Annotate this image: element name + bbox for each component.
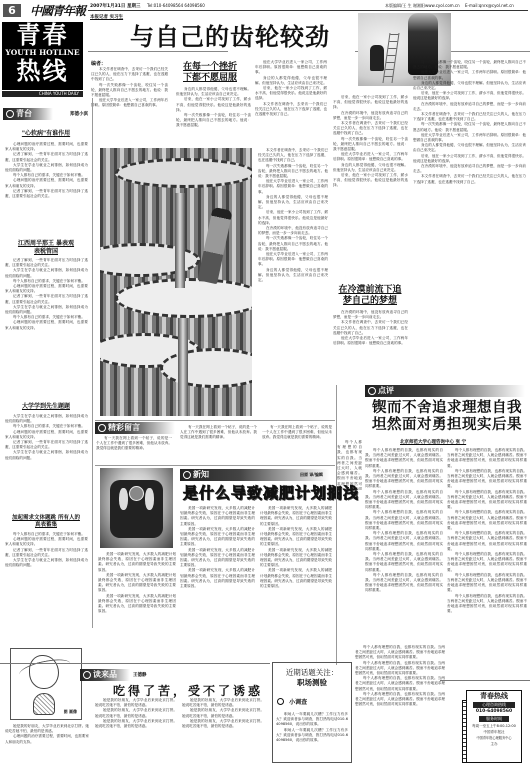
editor-line: 本版编辑/王 生 谢湘阳 — [385, 3, 425, 9]
reader-corner-col-2: 她是我的好朋友，大学毕业后来到北京打拼。她说吃苦她不怕，最怕的是诱惑。她是我的好… — [182, 698, 264, 763]
sidebar-item-title-2: 江西周半那王 暴表观表税管国 — [15, 240, 77, 256]
hotline-ad-box: 青春热线 心理咨询热线 010-64098560 服务时间 每周一至五上午8:0… — [466, 690, 522, 763]
news-icon — [183, 471, 191, 479]
section-tag: CHINA YOUTH DAILY — [39, 91, 79, 96]
sidebar-item-title-4: 加起需求文体题跳 所有人的真表蓄集 — [12, 515, 80, 529]
weird-words-top-rule — [95, 420, 335, 421]
hotline-ad-title: 青春热线 — [467, 691, 521, 701]
sidebar-item-title-3: 大学学到先生题题 — [5, 403, 87, 411]
weird-words-bottom-rule — [95, 465, 335, 466]
paper-logo: 中國青年報 — [30, 2, 85, 19]
weird-words-header: 精彩留言 — [95, 422, 175, 434]
commentary-col-1: 每个人都有理想的自我，也都有现实的自我。当两者之间差距过大时，人就会感到痛苦。锲… — [365, 448, 443, 643]
illustration-credit: 图 画像 — [64, 709, 77, 715]
news-author: 田原 译/编辑 — [300, 472, 323, 478]
commentary-col-0: 每个人都有理想的自我，也都有现实的自我。当两者之间差距过大时，人就会感到痛苦。锲… — [337, 440, 362, 490]
byline: 本报记者 实习生 — [90, 14, 123, 20]
subhead-2: 在冷漠前流下追梦自己的梦想 — [335, 285, 405, 307]
tel-line: Tel:010-64098564 64098560 — [147, 3, 205, 8]
sketch-caption-text: 她是我的好朋友，大学毕业后来到北京打拼。她说吃苦她不怕，最怕的是诱惑。心理问题的… — [5, 724, 89, 762]
lead-col-d: 后来，他在一家小公司找到了工作，薪水不高，但他觉得很快乐。他说这是他最好的选择。… — [333, 95, 408, 283]
lead-col-e: 在冷漠的环境中，他没有放弃追寻自己的梦想，而是一步一步向前走去。本文作者在调查中… — [333, 310, 408, 375]
section-title-top: 青春 — [2, 22, 83, 48]
reader-corner-top-rule — [0, 663, 270, 664]
section-tag-bar: CHINA YOUTH DAILY — [2, 91, 83, 97]
recent-topic-title: 近期话题关注： — [273, 668, 351, 678]
comment-icon — [368, 387, 376, 395]
reader-icon — [83, 671, 91, 679]
gears-illustration — [100, 148, 252, 416]
hotline-side-strip — [462, 700, 467, 763]
lead-col-b: 他在大学毕业后进入一家公司，工作两年后辞职。原因很简单：他想做自己喜欢的事。身边… — [255, 60, 327, 145]
commentary-section-header: 点评 — [365, 385, 525, 397]
hotline-top-rule — [440, 680, 530, 681]
reader-corner-headline: 吃得了苦，受不了诱惑 — [113, 682, 263, 699]
headline-rule — [88, 51, 228, 52]
lead-col-c: 本文作者在调查中，去采访一个我们已经关注已久的人，他在压力下选择了逃避，也在逃避… — [258, 148, 328, 393]
commentary-col-2: 每个人都有理想的自我，也都有现实的自我。当两者之间差距过大时，人就会感到痛苦。锲… — [447, 448, 527, 693]
sidebar-item-text-2: 记者了解到，一些青年在面对压力时选择了逃避，这需要引起社会的关注。大学生在学业与… — [5, 258, 88, 402]
top-rule — [88, 10, 528, 11]
footprint-left-icon — [119, 488, 128, 510]
quote-icon — [98, 424, 106, 432]
sidebar-item-title-1: "心软病"有谁作用 — [5, 130, 87, 138]
weird-words-col-3: 有一天我在网上看到一个帖子，说的是一个人在工作中遇到了很多困难，但他从未放弃。我… — [262, 425, 332, 462]
man-pushing-icon — [197, 207, 232, 285]
lead-col-a: 身边的人都觉得他傻，父母也很不理解。但他坚持认为，生活应该由自己来决定。后来，他… — [176, 87, 251, 145]
weird-words-col-1: 有一天我在网上看到一个帖子，说的是一个人在工作中遇到了很多困难，但他从未放弃。我… — [96, 436, 172, 462]
reader-corner-header: 读来品 — [80, 669, 130, 681]
news-col-1: 美国一项新研究发现，大多数人的减肥计划最终都会失败，原因在于心理因素而非生理因素… — [180, 506, 255, 636]
reader-corner-author: 王德静 — [133, 672, 147, 678]
sidebar-author: 郑德小淇 — [70, 111, 88, 117]
intro-label: 编者： — [91, 60, 106, 67]
scale-photo — [100, 468, 173, 548]
scale-icon — [110, 480, 163, 538]
sidebar-section-header: 青台 — [3, 108, 53, 120]
person-silhouette-icon — [370, 45, 384, 71]
sidebar-divider — [92, 98, 93, 628]
weird-words-col-2: 有一天我在网上看到一个帖子，说的是一个人在工作中遇到了很多困难，但他从未放弃。我… — [180, 425, 257, 462]
lead-headline: 与自己的齿轮较劲 — [130, 23, 330, 51]
gear-icon — [100, 243, 200, 277]
section-title-bottom: 热线 — [2, 57, 83, 85]
pillar-icon — [175, 193, 185, 288]
dial-icon — [129, 486, 144, 501]
gear-icon — [115, 158, 252, 188]
intro-text: 本文作者在调查中，去采访一个我们已经关注已久的人，他在压力下选择了逃避，也在逃避… — [91, 67, 168, 141]
reader-corner-col-1: 她是我的好朋友，大学毕业后来到北京打拼。她说吃苦她不怕，最怕的是诱惑。她是我的好… — [95, 698, 177, 763]
recent-topic-box: 近期话题关注： 职场测验 小调查 职场人一年要跳几次槽？工作压力有多大？欢迎读者… — [272, 662, 352, 763]
commentary-frame-left — [336, 385, 337, 665]
hotline-ad-phone[interactable]: 010-64098560 — [467, 709, 521, 715]
pillar-icon — [178, 318, 188, 416]
hotline-icon — [6, 110, 14, 118]
sidebar-item-text-4: 每个人都有自己的需求，关键在于如何平衡。心理问题的治疗需要过程，需要时间，也需要… — [5, 532, 88, 614]
commentary-byline: 北京师范大学心理咨询中心 张 宁 — [400, 439, 466, 445]
recent-topic-subtitle: 职场测验 — [273, 678, 351, 688]
news-col-2: 美国一项新研究发现，大多数人的减肥计划最终都会失败，原因在于心理因素而非生理因素… — [260, 506, 332, 638]
sketch-illustration-frame: 图 画像 — [10, 648, 82, 720]
ladder-icon — [382, 33, 399, 83]
sidebar-item-text-3: 大学生在学业与就业之间徘徊，如何选择成为他们面临的问题。每个人都有自己的需求，关… — [5, 414, 88, 514]
hotline-ad-row1: 心理咨询热线 — [473, 702, 515, 708]
gear-icon — [160, 348, 252, 388]
commentary-headline-2: 坦然面对勇担现实后果 — [372, 417, 522, 434]
survey-icon — [277, 698, 284, 705]
subhead-1: 在每一个挫折下都不愿屈服 — [180, 62, 240, 84]
commentary-col-3: 每个人都有理想的自我，也都有现实的自我。当两者之间差距过大时，人就会感到痛苦。锲… — [355, 645, 445, 763]
news-col-0: 美国一项新研究发现，大多数人的减肥计划最终都会失败，原因在于心理因素而非生理因素… — [98, 552, 176, 637]
footprint-right-icon — [145, 488, 154, 510]
recent-topic-text: 职场人一年要跳几次槽？工作压力有多大？欢迎读者参与调查，拨打热线电话010-64… — [276, 712, 348, 763]
news-headline: 是什么导致减肥计划搁浅 — [183, 482, 359, 503]
section-title-block: 青春 YOUTH HOTLINE 热线 — [2, 22, 83, 90]
hotline-ad-row2: 服务时间 — [479, 716, 509, 722]
page-number-box: 6 — [3, 4, 21, 17]
recent-topic-label: 小调查 — [289, 699, 307, 706]
dateline: 2007年1月31日 星期三 — [90, 3, 140, 9]
page-number: 6 — [8, 4, 16, 17]
sidebar-item-text-1: 心理问题的治疗需要过程，需要时间，也需要家人和朋友的支持。记者了解到，一些青年在… — [5, 142, 88, 236]
web-address: www.cyol.com.cn — [425, 3, 460, 8]
basket-sketch-icon — [33, 693, 55, 715]
email-address: E-mail:qnrx@cyol.net.cn — [465, 3, 514, 8]
hotline-ad-org3: 主办 — [467, 741, 521, 747]
commentary-headline-1: 锲而不舍追求理想自我 — [372, 400, 522, 417]
section-title-en: YOUTH HOTLINE — [2, 48, 83, 57]
lead-col-f: 每一次失败都像一个齿轮，咬住另一个齿轮，最终把人推向自己不愿去的地方。他说：我不… — [413, 60, 526, 375]
